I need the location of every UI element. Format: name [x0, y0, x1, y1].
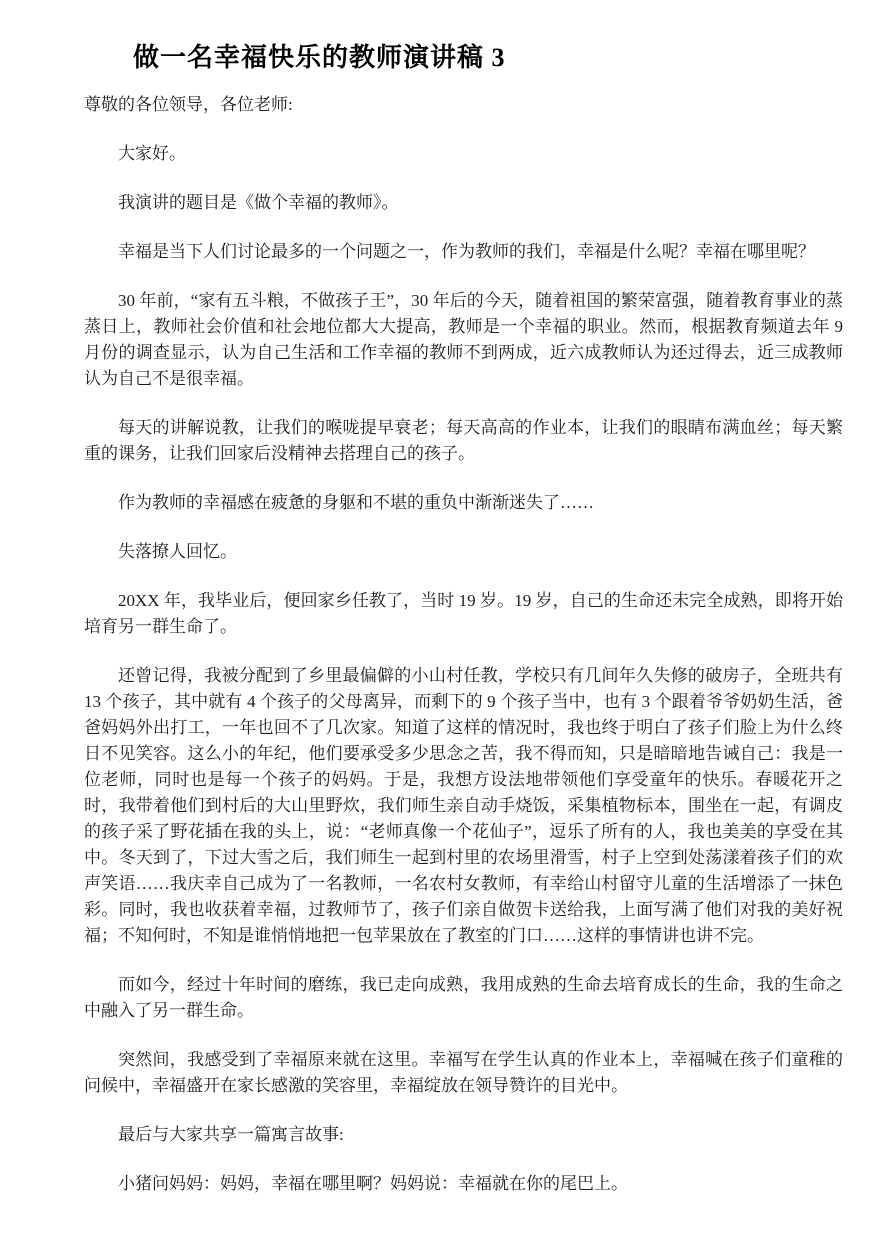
document-title: 做一名幸福快乐的教师演讲稿 3 [133, 40, 843, 76]
paragraph: 而如今，经过十年时间的磨练，我已走向成熟，我用成熟的生命去培育成长的生命，我的生… [84, 972, 843, 1024]
paragraph: 每天的讲解说教，让我们的喉咙提早衰老；每天高高的作业本，让我们的眼睛布满血丝；每… [84, 415, 843, 467]
document-page: 做一名幸福快乐的教师演讲稿 3 尊敬的各位领导，各位老师:大家好。我演讲的题目是… [0, 0, 884, 1250]
paragraph: 突然间，我感受到了幸福原来就在这里。幸福写在学生认真的作业本上，幸福喊在孩子们童… [84, 1047, 843, 1099]
document-body: 尊敬的各位领导，各位老师:大家好。我演讲的题目是《做个幸福的教师》。幸福是当下人… [84, 92, 843, 1197]
paragraph: 30 年前，“家有五斗粮，不做孩子王”，30 年后的今天，随着祖国的繁荣富强，随… [84, 288, 843, 392]
paragraph: 幸福是当下人们讨论最多的一个问题之一，作为教师的我们，幸福是什么呢？幸福在哪里呢… [84, 239, 843, 265]
paragraph: 还曾记得，我被分配到了乡里最偏僻的小山村任教，学校只有几间年久失修的破房子，全班… [84, 663, 843, 949]
paragraph: 20XX 年，我毕业后，便回家乡任教了，当时 19 岁。19 岁，自己的生命还未… [84, 588, 843, 640]
paragraph: 我演讲的题目是《做个幸福的教师》。 [84, 190, 843, 216]
paragraph: 作为教师的幸福感在疲惫的身躯和不堪的重负中渐渐迷失了…… [84, 490, 843, 516]
paragraph: 失落撩人回忆。 [84, 539, 843, 565]
paragraph: 大家好。 [84, 141, 843, 167]
paragraph: 小猪问妈妈：妈妈，幸福在哪里啊？妈妈说：幸福就在你的尾巴上。 [84, 1171, 843, 1197]
paragraph: 尊敬的各位领导，各位老师: [84, 92, 843, 118]
paragraph: 最后与大家共享一篇寓言故事: [84, 1122, 843, 1148]
